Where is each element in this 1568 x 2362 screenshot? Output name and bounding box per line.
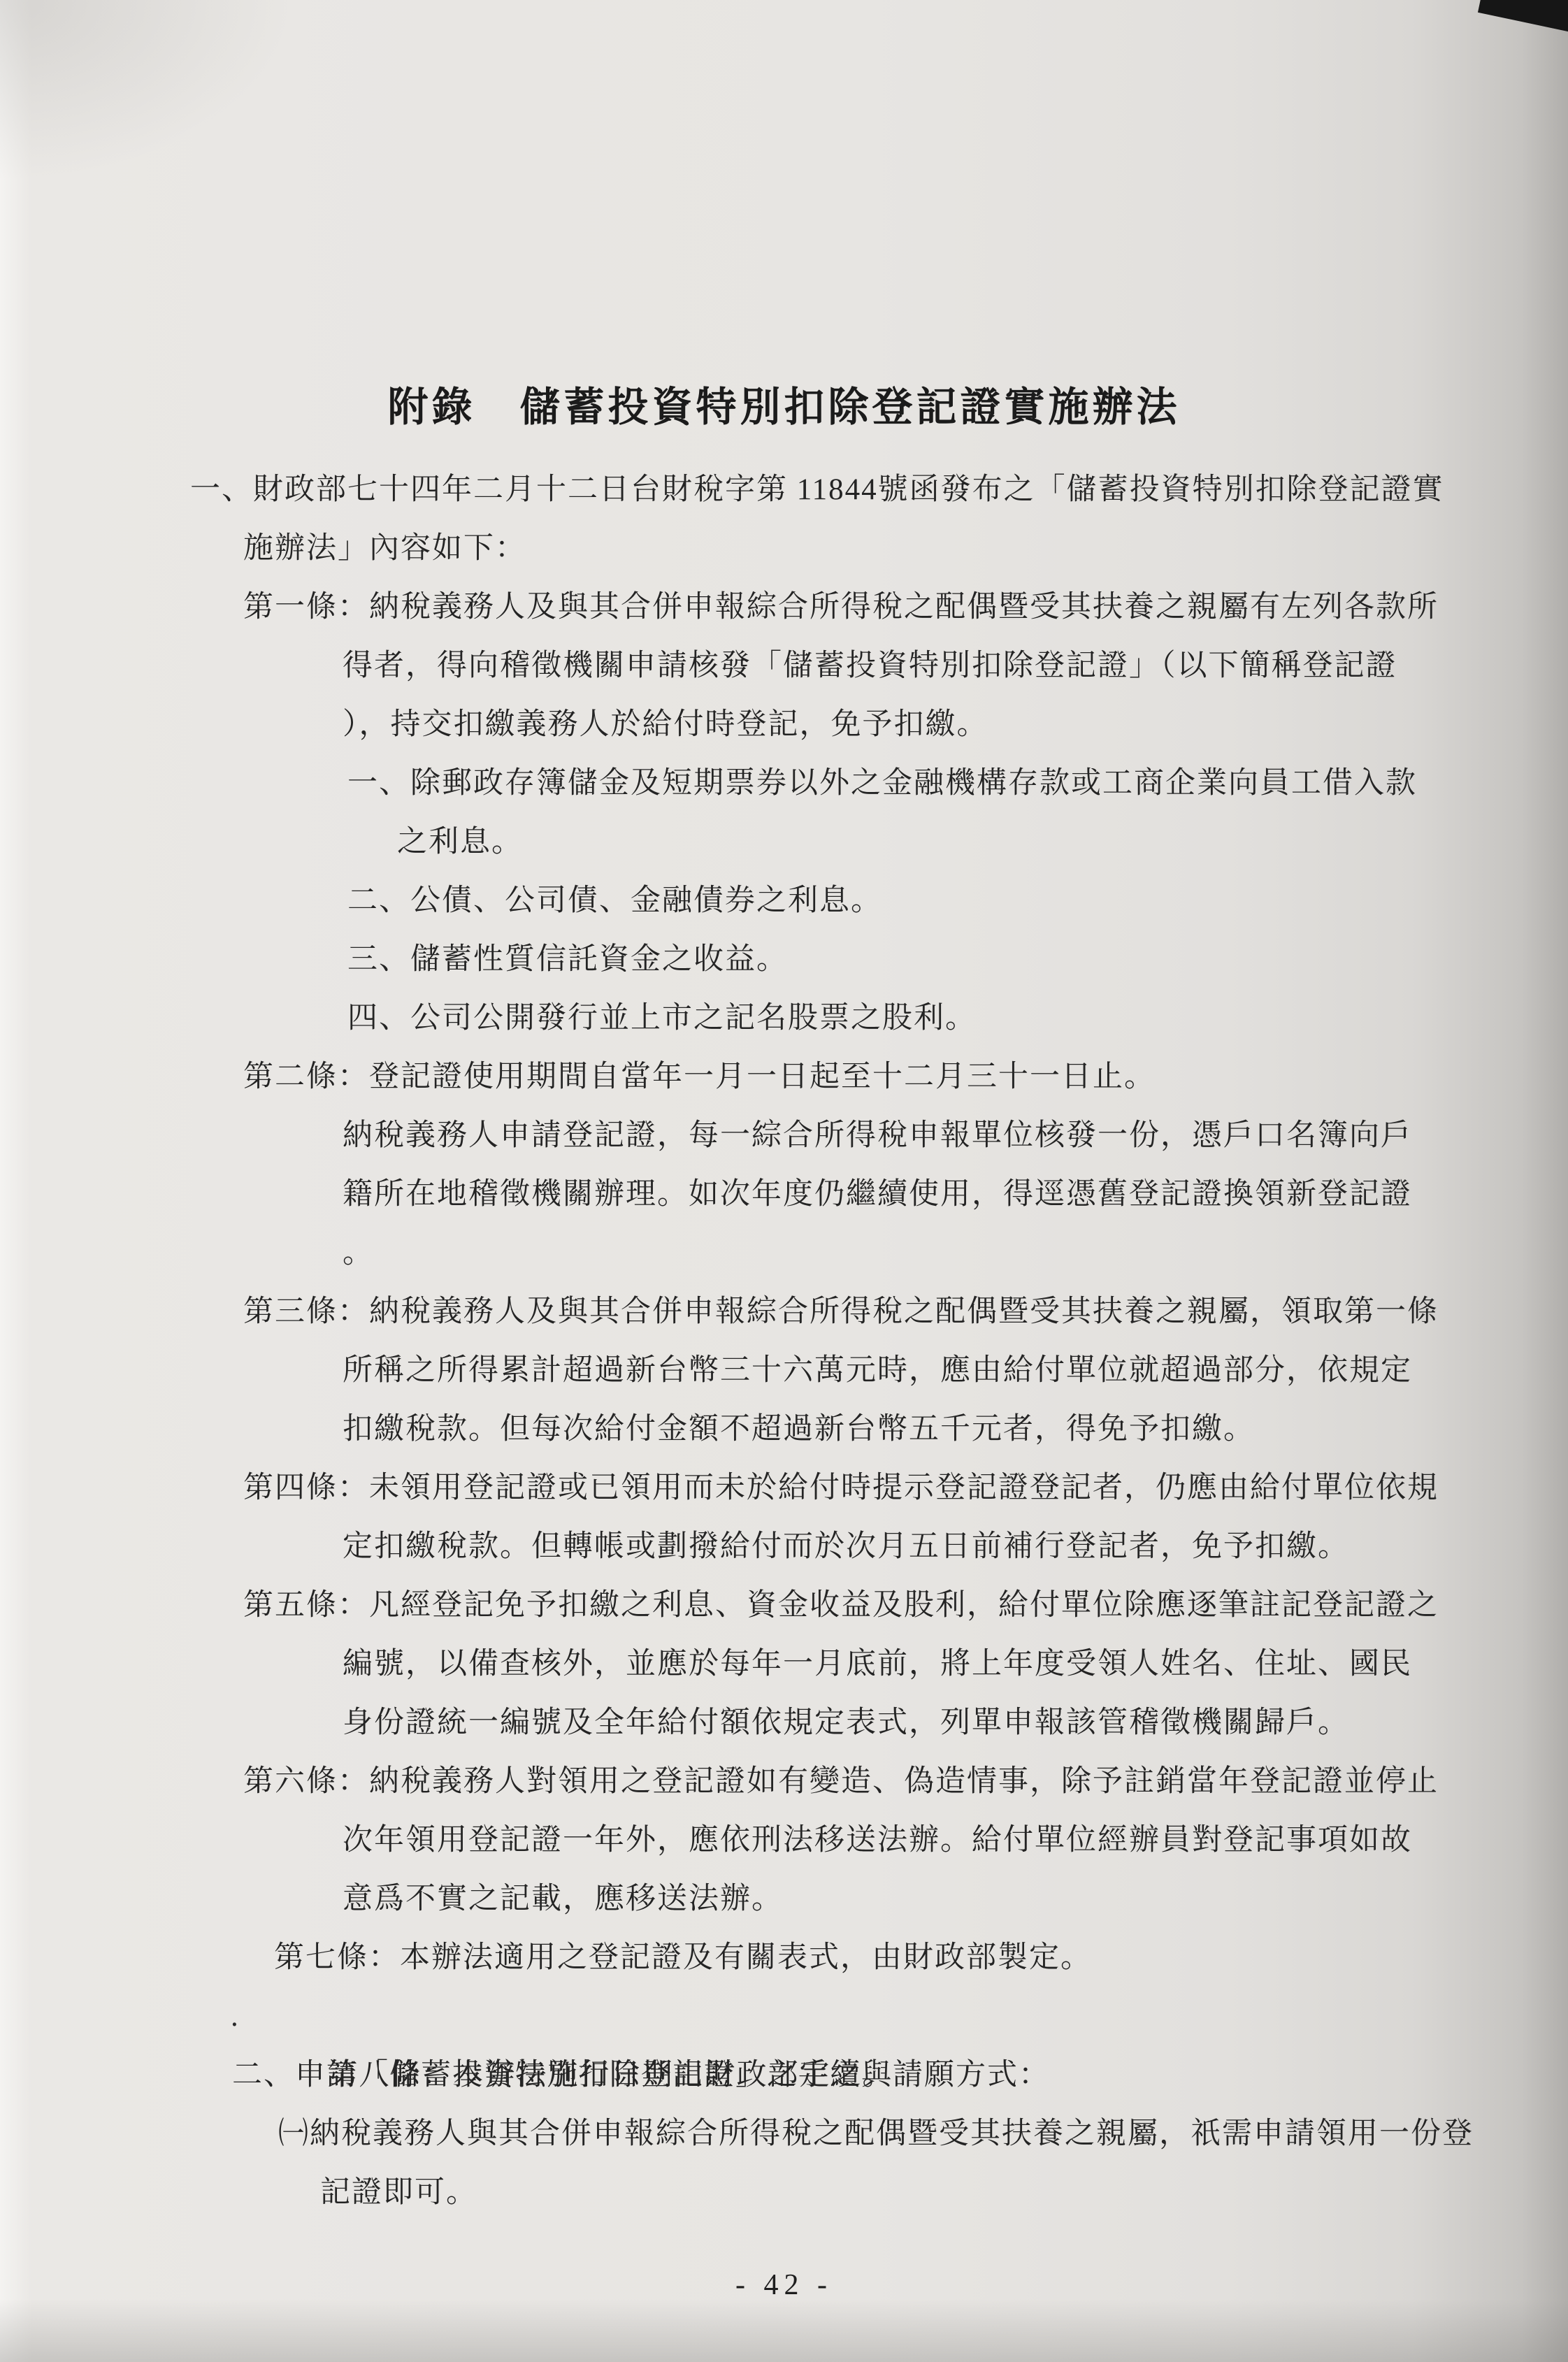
text-line: 第二條：登記證使用期間自當年一月一日起至十二月三十一日止。 bbox=[0, 1048, 1568, 1107]
page-number: - 42 - bbox=[0, 2268, 1568, 2302]
text-line: 籍所在地稽徵機關辦理。如次年度仍繼續使用，得逕憑舊登記證換領新登記證 bbox=[0, 1165, 1568, 1224]
text-line: 第四條：未領用登記證或已領用而未於給付時提示登記證登記者，仍應由給付單位依規 bbox=[0, 1459, 1568, 1518]
text-line: 得者，得向稽徵機關申請核發「儲蓄投資特別扣除登記證」（以下簡稱登記證 bbox=[0, 637, 1568, 696]
text-line: 定扣繳稅款。但轉帳或劃撥給付而於次月五日前補行登記者，免予扣繳。 bbox=[0, 1518, 1568, 1576]
text-line: ），持交扣繳義務人於給付時登記，免予扣繳。 bbox=[0, 696, 1568, 754]
scan-shadow-bottom bbox=[0, 2299, 1568, 2362]
text-line: 編號，以備查核外，並應於每年一月底前，將上年度受領人姓名、住址、國民 bbox=[0, 1635, 1568, 1694]
text-line: 施辦法」內容如下： bbox=[0, 519, 1568, 578]
text-line: 第三條：納稅義務人及與其合併申報綜合所得稅之配偶暨受其扶養之親屬，領取第一條 bbox=[0, 1283, 1568, 1341]
text-line: 次年領用登記證一年外，應依刑法移送法辦。給付單位經辦員對登記事項如故 bbox=[0, 1811, 1568, 1870]
text-line: 第六條：納稅義務人對領用之登記證如有變造、偽造情事，除予註銷當年登記證並停止 bbox=[0, 1752, 1568, 1811]
text-line: 第七條：本辦法適用之登記證及有關表式，由財政部製定。 bbox=[0, 1929, 1568, 1987]
scanned-page: 附錄 儲蓄投資特別扣除登記證實施辦法 一、財政部七十四年二月十二日台財稅字第 1… bbox=[0, 0, 1568, 2362]
text-line: 扣繳稅款。但每次給付金額不超過新台幣五千元者，得免予扣繳。 bbox=[0, 1400, 1568, 1459]
text-line: 四、公司公開發行並上市之記名股票之股利。 bbox=[0, 989, 1568, 1048]
text-line: 。 bbox=[0, 1224, 1568, 1283]
text-line: 納稅義務人申請登記證，每一綜合所得稅申報單位核發一份，憑戶口名簿向戶 bbox=[0, 1107, 1568, 1165]
text-line: .第八條：本辦法施行日期由財政部定之。 bbox=[0, 1987, 1568, 2046]
text-line: 二、公債、公司債、金融債券之利息。 bbox=[0, 872, 1568, 930]
text-line: 第五條：凡經登記免予扣繳之利息、資金收益及股利，給付單位除應逐筆註記登記證之 bbox=[0, 1576, 1568, 1635]
text-line: 記證即可。 bbox=[0, 2163, 1568, 2222]
text-line: ㈠納稅義務人與其合併申報綜合所得稅之配偶暨受其扶養之親屬，祇需申請領用一份登 bbox=[0, 2105, 1568, 2163]
scan-shadow-topleft bbox=[0, 0, 294, 182]
text-line: 一、財政部七十四年二月十二日台財稅字第 11844號函發布之「儲蓄投資特別扣除登… bbox=[0, 461, 1568, 519]
text-line: 一、除郵政存簿儲金及短期票券以外之金融機構存款或工商企業向員工借入款 bbox=[0, 754, 1568, 813]
text-line: 身份證統一編號及全年給付額依規定表式，列單申報該管稽徵機關歸戶。 bbox=[0, 1694, 1568, 1752]
stray-dot: . bbox=[231, 1987, 240, 2046]
text-line: 第一條：納稅義務人及與其合併申報綜合所得稅之配偶暨受其扶養之親屬有左列各款所 bbox=[0, 578, 1568, 637]
text-line: 所稱之所得累計超過新台幣三十六萬元時，應由給付單位就超過部分，依規定 bbox=[0, 1341, 1568, 1400]
scan-corner-mark bbox=[1478, 0, 1568, 34]
text-line: 意爲不實之記載，應移送法辦。 bbox=[0, 1870, 1568, 1929]
text-line: 之利息。 bbox=[0, 813, 1568, 872]
document-body: 一、財政部七十四年二月十二日台財稅字第 11844號函發布之「儲蓄投資特別扣除登… bbox=[0, 461, 1568, 2222]
page-title: 附錄 儲蓄投資特別扣除登記證實施辦法 bbox=[0, 374, 1568, 433]
text-line: 二、申請「儲蓄投資特別扣除登記證」之手續與請願方式： bbox=[0, 2046, 1568, 2105]
text-line: 三、儲蓄性質信託資金之收益。 bbox=[0, 930, 1568, 989]
